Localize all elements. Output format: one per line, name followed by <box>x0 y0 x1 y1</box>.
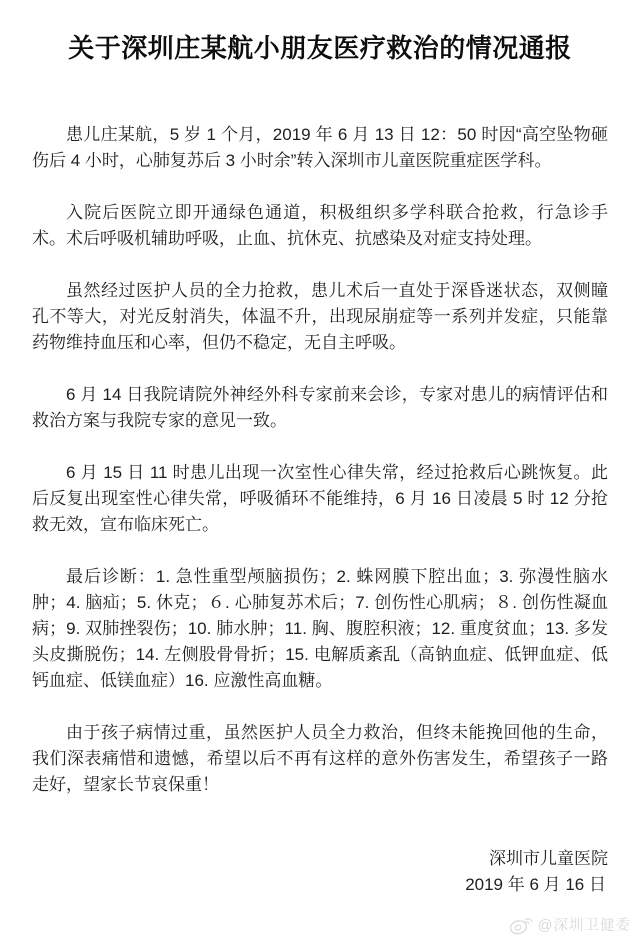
paragraph-expert-consultation: 6 月 14 日我院请院外神经外科专家前来会诊，专家对患儿的病情评估和救治方案与… <box>32 382 608 434</box>
weibo-icon <box>509 915 533 935</box>
paragraph-patient-info: 患儿庄某航，5 岁 1 个月，2019 年 6 月 13 日 12：50 时因“… <box>32 122 608 174</box>
notice-document: 关于深圳庄某航小朋友医疗救治的情况通报 患儿庄某航，5 岁 1 个月，2019 … <box>0 0 641 898</box>
watermark: @深圳卫健委 <box>509 914 631 935</box>
document-title: 关于深圳庄某航小朋友医疗救治的情况通报 <box>32 30 608 66</box>
watermark-text: @深圳卫健委 <box>538 914 631 935</box>
paragraph-condition-after-surgery: 虽然经过医护人员的全力抢救，患儿术后一直处于深昏迷状态，双侧瞳孔不等大，对光反射… <box>32 278 608 356</box>
signature-date: 2019 年 6 月 16 日 <box>32 872 608 898</box>
signature-org: 深圳市儿童医院 <box>32 846 608 872</box>
paragraph-clinical-death: 6 月 15 日 11 时患儿出现一次室性心律失常，经过抢救后心跳恢复。此后反复… <box>32 460 608 538</box>
paragraph-condolence: 由于孩子病情过重，虽然医护人员全力救治，但终未能挽回他的生命，我们深表痛惜和遗憾… <box>32 720 608 798</box>
paragraph-final-diagnosis: 最后诊断：1. 急性重型颅脑损伤；2. 蛛网膜下腔出血；3. 弥漫性脑水肿；4.… <box>32 564 608 694</box>
paragraph-admission-treatment: 入院后医院立即开通绿色通道，积极组织多学科联合抢救，行急诊手术。术后呼吸机辅助呼… <box>32 200 608 252</box>
signature-block: 深圳市儿童医院 2019 年 6 月 16 日 <box>32 846 608 898</box>
